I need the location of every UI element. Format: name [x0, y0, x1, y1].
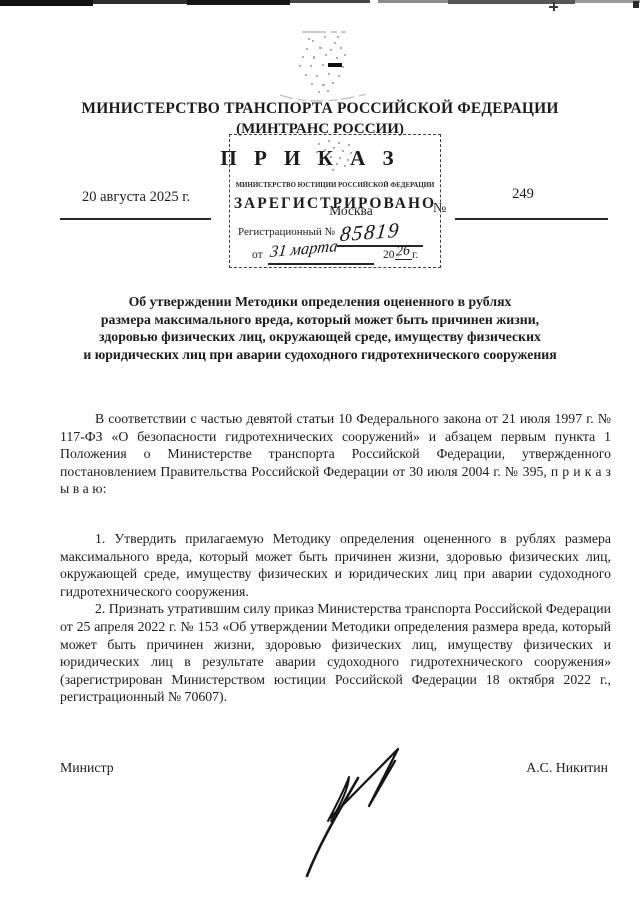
scan-artifact-band [93, 0, 187, 4]
stamp-date-underline [268, 263, 374, 265]
scan-artifact-band [575, 0, 640, 3]
stamp-authority-name: МИНИСТЕРСТВО ЮСТИЦИИ РОССИЙСКОЙ ФЕДЕРАЦИ… [232, 181, 438, 189]
scan-artifact-band [378, 0, 448, 3]
crop-cross-mark [549, 2, 558, 11]
document-body: В соответствии с частью девятой статьи 1… [60, 410, 611, 706]
justice-ministry-registration-stamp: МИНИСТЕРСТВО ЮСТИЦИИ РОССИЙСКОЙ ФЕДЕРАЦИ… [229, 134, 441, 268]
scan-artifact-band [290, 0, 370, 3]
preamble-paragraph: В соответствии с частью девятой статьи 1… [60, 410, 611, 498]
document-number: 249 [492, 186, 554, 203]
minister-signature [283, 720, 458, 890]
stamp-year-underline [395, 259, 412, 260]
scan-artifact-band [0, 0, 93, 6]
order-point-1: 1. Утвердить прилагаемую Методику опреде… [60, 530, 611, 600]
coat-of-arms-emblem [272, 18, 392, 110]
signer-position: Министр [60, 760, 114, 776]
scan-artifact-mark [633, 1, 639, 8]
number-underline [455, 218, 608, 220]
stamp-date-handwritten: 31 марта [269, 236, 339, 262]
title-line: и юридических лиц при аварии судоходного… [20, 346, 620, 364]
title-line: размера максимального вреда, который мож… [20, 311, 620, 329]
document-date: 20 августа 2025 г. [82, 189, 190, 206]
ministry-name: МИНИСТЕРСТВО ТРАНСПОРТА РОССИЙСКОЙ ФЕДЕР… [0, 100, 640, 118]
signer-name: А.С. Никитин [526, 760, 608, 776]
stamp-from-label: от [252, 249, 263, 261]
scan-artifact-band [187, 0, 290, 5]
stamp-registration-number-handwritten: 85819 [339, 218, 402, 247]
stamp-year-prefix: 20 [383, 249, 395, 261]
stamp-registered-label: ЗАРЕГИСТРИРОВАНО [230, 195, 440, 213]
date-underline [60, 218, 211, 220]
stamp-coat-of-arms-emblem [308, 137, 360, 175]
order-point-2: 2. Признать утратившим силу приказ Минис… [60, 600, 611, 706]
order-document-page: МИНИСТЕРСТВО ТРАНСПОРТА РОССИЙСКОЙ ФЕДЕР… [0, 0, 640, 905]
title-line: здоровью физических лиц, окружающей сред… [20, 328, 620, 346]
document-title: Об утверждении Методики определения оцен… [20, 293, 620, 363]
title-line: Об утверждении Методики определения оцен… [20, 293, 620, 311]
stamp-registration-number-label: Регистрационный № [238, 226, 335, 238]
stamp-year-suffix: г. [412, 249, 418, 261]
